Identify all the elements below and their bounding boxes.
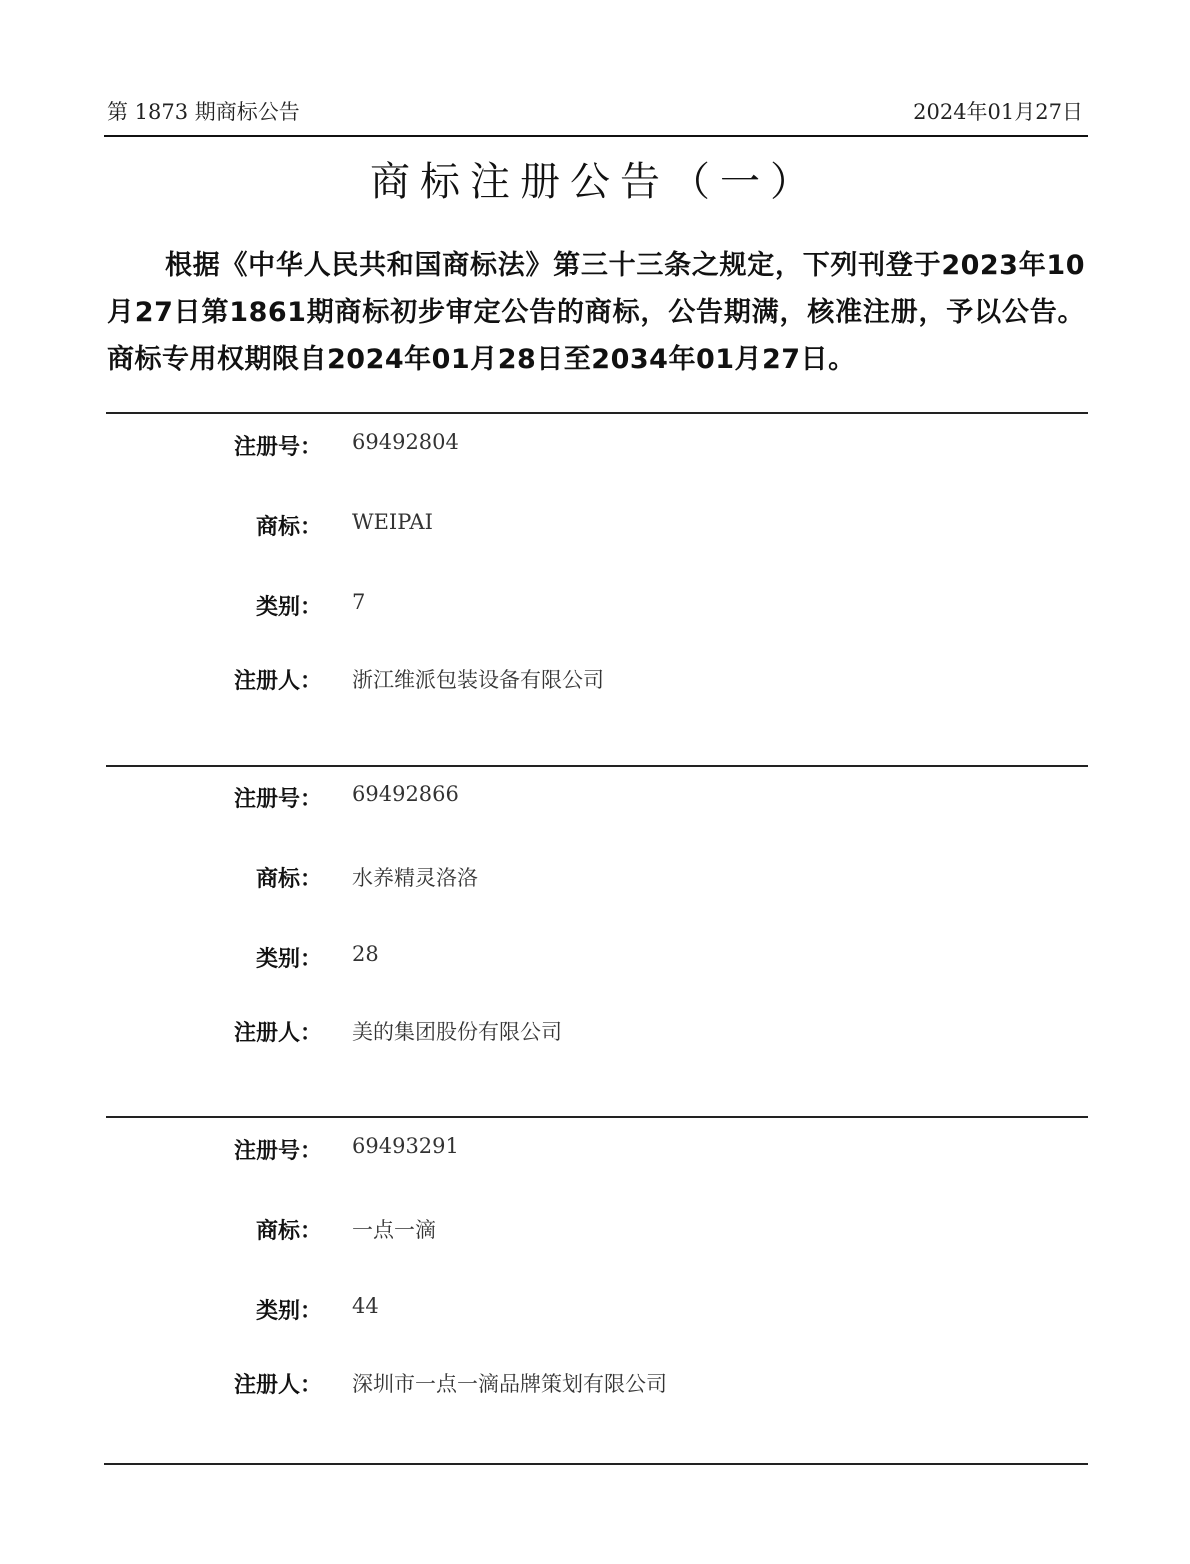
registrant-value: 深圳市一点一滴品牌策划有限公司 (352, 1368, 667, 1398)
registrant-row: 注册人： 浙江维派包装设备有限公司 (0, 664, 1190, 694)
reg-no-label: 注册号： (234, 1134, 322, 1165)
registrant-row: 注册人： 深圳市一点一滴品牌策划有限公司 (0, 1368, 1190, 1398)
class-row: 类别： 7 (0, 590, 1190, 620)
announcement-page: 第 1873 期商标公告 2024年01月27日 商标注册公告（一） 根据《中华… (0, 0, 1190, 1564)
reg-no-label: 注册号： (234, 430, 322, 461)
class-row: 类别： 28 (0, 942, 1190, 972)
trademark-label: 商标： (256, 510, 322, 541)
class-label: 类别： (256, 590, 322, 621)
reg-no-value: 69493291 (352, 1134, 459, 1158)
registrant-label: 注册人： (234, 1368, 322, 1399)
registrant-value: 美的集团股份有限公司 (352, 1016, 562, 1046)
registrant-value: 浙江维派包装设备有限公司 (352, 664, 604, 694)
reg-no-row: 注册号： 69492804 (0, 430, 1190, 460)
class-value: 28 (352, 942, 379, 966)
trademark-value: 一点一滴 (352, 1214, 436, 1244)
registrant-row: 注册人： 美的集团股份有限公司 (0, 1016, 1190, 1046)
page-title: 商标注册公告（一） (0, 150, 1190, 207)
reg-no-row: 注册号： 69492866 (0, 782, 1190, 812)
trademark-label: 商标： (256, 1214, 322, 1245)
trademark-row: 商标： WEIPAI (0, 510, 1190, 540)
reg-no-label: 注册号： (234, 782, 322, 813)
entry-divider (106, 765, 1088, 767)
registrant-label: 注册人： (234, 664, 322, 695)
entry-divider (106, 1116, 1088, 1118)
class-label: 类别： (256, 1294, 322, 1325)
entry-divider (106, 412, 1088, 414)
class-label: 类别： (256, 942, 322, 973)
trademark-row: 商标： 一点一滴 (0, 1214, 1190, 1244)
trademark-value: 水养精灵洛洛 (352, 862, 478, 892)
reg-no-value: 69492866 (352, 782, 459, 806)
class-value: 44 (352, 1294, 379, 1318)
trademark-label: 商标： (256, 862, 322, 893)
reg-no-value: 69492804 (352, 430, 459, 454)
class-value: 7 (352, 590, 365, 614)
header-divider (104, 135, 1088, 137)
issue-number: 第 1873 期商标公告 (107, 96, 300, 126)
reg-no-row: 注册号： 69493291 (0, 1134, 1190, 1164)
trademark-value: WEIPAI (352, 510, 433, 534)
registrant-label: 注册人： (234, 1016, 322, 1047)
intro-paragraph: 根据《中华人民共和国商标法》第三十三条之规定，下列刊登于2023年10月27日第… (107, 242, 1085, 383)
trademark-row: 商标： 水养精灵洛洛 (0, 862, 1190, 892)
publication-date: 2024年01月27日 (913, 96, 1083, 126)
bottom-divider (104, 1463, 1088, 1465)
intro-text: 根据《中华人民共和国商标法》第三十三条之规定，下列刊登于2023年10月27日第… (107, 242, 1085, 383)
class-row: 类别： 44 (0, 1294, 1190, 1324)
